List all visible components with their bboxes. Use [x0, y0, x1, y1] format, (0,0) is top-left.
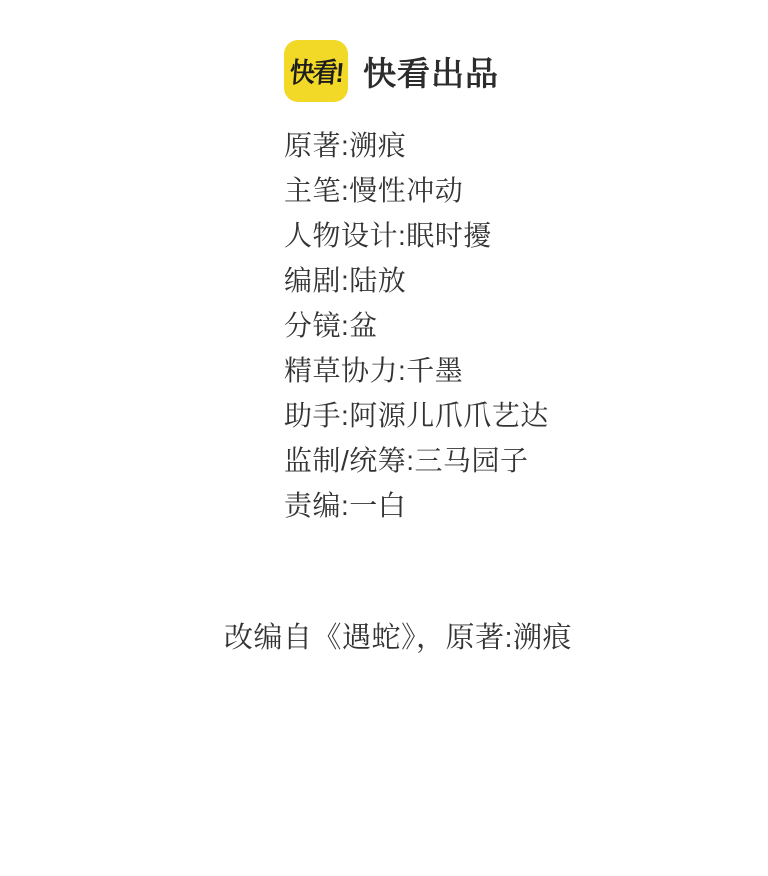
credit-line-original-author: 原著:溯痕 [284, 121, 549, 166]
credit-line-storyboard: 分镜:盆 [284, 301, 549, 346]
credit-line-editor: 责编:一白 [284, 481, 549, 526]
production-title: 快看出品 [363, 48, 499, 95]
credit-line-supervisor: 监制/统筹:三马园子 [284, 436, 549, 481]
credit-line-screenwriter: 编剧:陆放 [284, 256, 549, 301]
comic-credits-page: 快看! 快看出品 原著:溯痕 主笔:慢性冲动 人物设计:眠时擾 编剧:陆放 分镜… [0, 0, 768, 876]
adaptation-note: 改编自《遇蛇》，原著:溯痕 [224, 615, 572, 656]
kuaikan-logo-icon: 快看! [284, 40, 348, 102]
credit-line-lead-artist: 主笔:慢性冲动 [284, 166, 549, 211]
credit-line-assistants: 助手:阿源儿爪爪艺达 [284, 391, 549, 436]
credit-line-character-design: 人物设计:眠时擾 [284, 211, 549, 256]
brand-header: 快看! 快看出品 [284, 40, 499, 102]
kuaikan-logo-text: 快看! [288, 51, 344, 91]
credit-line-draft-assist: 精草协力:千墨 [284, 346, 549, 391]
credits-list: 原著:溯痕 主笔:慢性冲动 人物设计:眠时擾 编剧:陆放 分镜:盆 精草协力:千… [284, 121, 549, 526]
